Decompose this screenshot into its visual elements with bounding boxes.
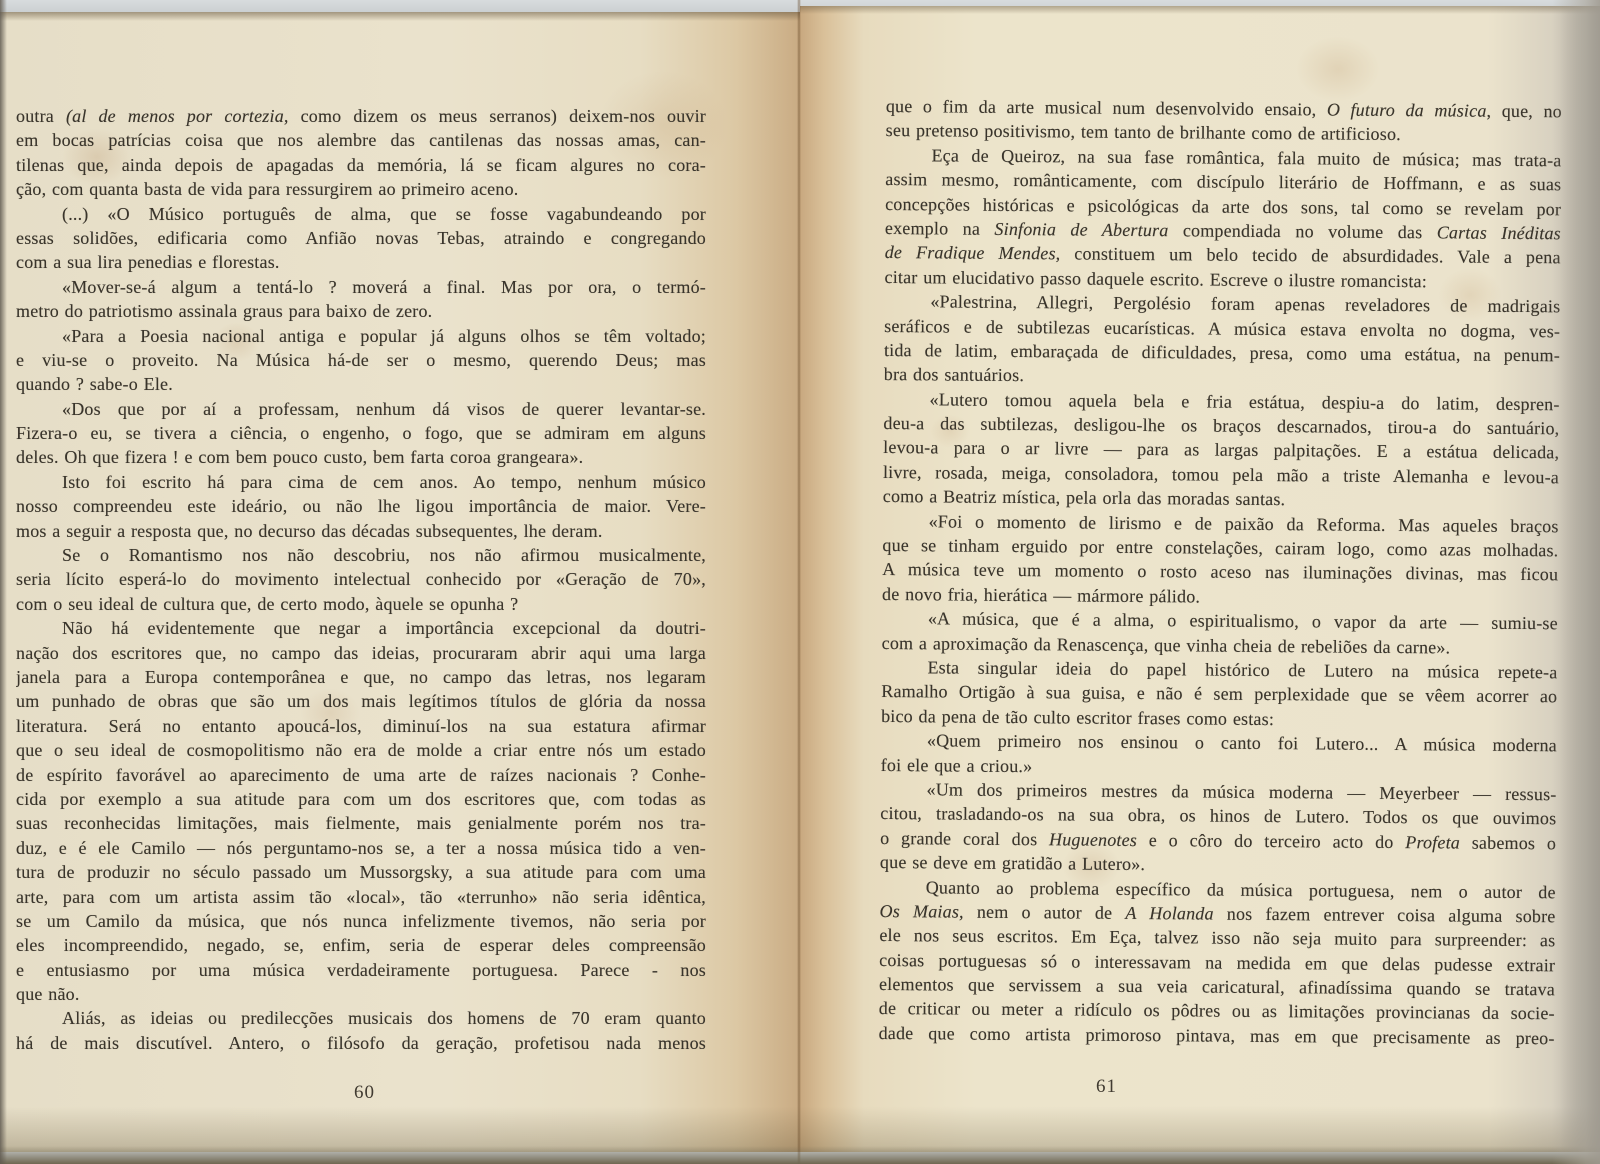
text-line: Não há evidentemente que negar a importâ… bbox=[16, 616, 706, 640]
text-line: deles. Oh que fizera ! e com bem pouco c… bbox=[16, 445, 706, 469]
text-run: que não. bbox=[16, 984, 80, 1004]
text-line: um punhado de obras que são um dos mais … bbox=[16, 689, 706, 713]
text-run: Esta singular ideia do papel histórico d… bbox=[927, 657, 1557, 682]
text-run: literatura. Será no entanto apoucá-los, … bbox=[16, 716, 706, 736]
text-line: Se o Romantismo nos não descobriu, nos n… bbox=[16, 543, 706, 567]
text-run: mos a seguir a resposta que, no decurso … bbox=[16, 521, 603, 541]
text-line: literatura. Será no entanto apoucá-los, … bbox=[16, 714, 706, 738]
text-line: suas reconhecidas limitações, mais fielm… bbox=[16, 811, 706, 835]
text-run: suas reconhecidas limitações, mais fielm… bbox=[16, 813, 706, 833]
text-line: com a sua lira penedias e florestas. bbox=[16, 250, 706, 274]
text-run: em bocas patrícias coisa que nos alembre… bbox=[16, 130, 706, 150]
right-page-number: 61 bbox=[1096, 1076, 1117, 1098]
text-run: que se tinham erguido por entre constela… bbox=[882, 535, 1558, 560]
text-line: duz, e é ele Camilo — nós perguntamo-nos… bbox=[16, 836, 706, 860]
text-run: elementos que servissem a sua veia caric… bbox=[879, 974, 1555, 999]
text-run: e entusiasmo por uma música verdadeirame… bbox=[16, 960, 706, 980]
text-run: deles. Oh que fizera ! e com bem pouco c… bbox=[16, 447, 583, 467]
italic-text-run: Huguenotes bbox=[1049, 829, 1137, 850]
text-run: sabemos o bbox=[1460, 832, 1556, 853]
text-run: «Lutero tomou aquela bela e fria estátua… bbox=[930, 389, 1560, 414]
text-run: Se o Romantismo nos não descobriu, nos n… bbox=[62, 545, 706, 565]
text-run: quando ? sabe-o Ele. bbox=[16, 374, 173, 394]
text-run: que o seu ideal de cosmopolitismo não er… bbox=[16, 740, 706, 760]
text-line: há de mais discutível. Antero, o filósof… bbox=[16, 1031, 706, 1055]
text-line: (...) «O Músico português de alma, que s… bbox=[16, 202, 706, 226]
text-line: se um Camilo da música, que nós nunca in… bbox=[16, 909, 706, 933]
text-run: e o côro do terceiro acto do bbox=[1137, 830, 1405, 852]
text-run: nos fazem entrever coisa alguma sobre bbox=[1214, 903, 1556, 926]
text-line: cida por exemplo a sua atitude para com … bbox=[16, 787, 706, 811]
text-run: «Palestrina, Allegri, Pergolésio foram a… bbox=[930, 291, 1560, 316]
text-run: livre, rosada, meiga, consoladora, tomou… bbox=[883, 462, 1559, 487]
text-run: e viu-se o proveito. Na Música há-de ser… bbox=[16, 350, 706, 370]
left-page-text: outra (al de menos por cortezia, como di… bbox=[16, 104, 706, 1055]
text-line: essas solidões, edificaria como Anfião n… bbox=[16, 226, 706, 250]
text-line: Isto foi escrito há para cima de cem ano… bbox=[16, 470, 706, 494]
text-line: Fizera-o eu, se tivera a ciência, o enge… bbox=[16, 421, 706, 445]
text-run: nosso compreendeu este ideário, ou não l… bbox=[16, 496, 706, 516]
text-run: essas solidões, edificaria como Anfião n… bbox=[16, 228, 706, 248]
text-run: nação dos escritores que, no campo das i… bbox=[16, 643, 706, 663]
text-run: bico da pena de tão culto escritor frase… bbox=[881, 706, 1274, 729]
text-run: ção, com quanta basta de vida para ressu… bbox=[16, 179, 518, 199]
text-run: compendiada no volume das bbox=[1168, 220, 1436, 242]
text-run: dade que como artista primoroso pintava,… bbox=[879, 1023, 1555, 1048]
text-run: duz, e é ele Camilo — nós perguntamo-nos… bbox=[16, 838, 706, 858]
text-line: de espírito favorável ao aparecimento de… bbox=[16, 763, 706, 787]
book-gutter-crease bbox=[797, 0, 801, 1164]
text-run: Fizera-o eu, se tivera a ciência, o enge… bbox=[16, 423, 706, 443]
text-line: «Dos que por aí a professam, nenhum dá v… bbox=[16, 397, 706, 421]
text-run: se um Camilo da música, que nós nunca in… bbox=[16, 911, 706, 931]
italic-text-run: Os Maias, bbox=[880, 901, 964, 922]
italic-text-run: Profeta bbox=[1405, 832, 1460, 852]
italic-text-run: O futuro da música bbox=[1327, 99, 1487, 120]
text-run: Eça de Queiroz, na sua fase romântica, f… bbox=[931, 145, 1561, 170]
text-line: Aliás, as ideias ou predilecções musicai… bbox=[16, 1006, 706, 1030]
text-run: coisas portuguesas só o interessavam na … bbox=[879, 950, 1555, 975]
text-line: que não. bbox=[16, 982, 706, 1006]
text-line: arte, para com um artista assim tão «loc… bbox=[16, 885, 706, 909]
text-run: metro do patriotismo assinala graus para… bbox=[16, 301, 432, 321]
text-run: «Para a Poesia nacional antiga e popular… bbox=[62, 326, 706, 346]
text-line: e viu-se o proveito. Na Música há-de ser… bbox=[16, 348, 706, 372]
italic-text-run: de Fradique Mendes, bbox=[885, 242, 1061, 263]
text-run: Ramalho Ortigão à sua guisa, e não é sem… bbox=[881, 681, 1557, 706]
text-run: «Dos que por aí a professam, nenhum dá v… bbox=[62, 399, 706, 419]
bottom-shadow bbox=[0, 1146, 1600, 1164]
text-run: tida de latim, embaraçada de dificuldade… bbox=[884, 340, 1560, 365]
text-line: em bocas patrícias coisa que nos alembre… bbox=[16, 128, 706, 152]
book-scan: outra (al de menos por cortezia, como di… bbox=[0, 0, 1600, 1164]
text-line: tura de produzir no século passado um Mu… bbox=[16, 860, 706, 884]
text-run: A música teve um momento o rosto aceso n… bbox=[882, 559, 1558, 584]
text-run: bra dos santuários. bbox=[884, 364, 1024, 385]
text-run: nem o autor de bbox=[964, 902, 1126, 923]
text-run: «Foi o momento de lirismo e de paixão da… bbox=[929, 511, 1559, 536]
left-edge-shadow bbox=[0, 0, 7, 1164]
text-line: quando ? sabe-o Ele. bbox=[16, 372, 706, 396]
text-run: , que, no bbox=[1486, 101, 1561, 122]
text-run: com a aproximação da Renascença, que vin… bbox=[882, 633, 1451, 657]
text-run: foi ele que a criou.» bbox=[881, 755, 1033, 776]
text-line: janela para a Europa contemporânea e que… bbox=[16, 665, 706, 689]
text-line: nação dos escritores que, no campo das i… bbox=[16, 641, 706, 665]
text-run: exemplo na bbox=[885, 218, 995, 239]
text-run: um punhado de obras que são um dos mais … bbox=[16, 691, 706, 711]
text-run: seráficos e de subtilezas eucarísticas. … bbox=[884, 316, 1560, 341]
text-run: citou, trasladando-os na sua obra, os hi… bbox=[880, 803, 1556, 828]
text-run: que o fim da arte musical num desenvolvi… bbox=[886, 96, 1327, 119]
text-run: o grande coral dos bbox=[880, 828, 1049, 849]
text-run: janela para a Europa contemporânea e que… bbox=[16, 667, 706, 687]
text-run: cida por exemplo a sua atitude para com … bbox=[16, 789, 706, 809]
right-page-edge-shadow bbox=[1552, 0, 1600, 1164]
text-run: «Mover-se-á algum a tentá-lo ? moverá a … bbox=[62, 277, 706, 297]
text-run: citar um elucidativo passo daquele escri… bbox=[884, 267, 1427, 291]
text-run: como a Beatriz mística, pela orla das mo… bbox=[883, 486, 1286, 509]
text-line: seria lícito esperá-lo do movimento inte… bbox=[16, 567, 706, 591]
left-page-number: 60 bbox=[354, 1082, 375, 1104]
text-run: Isto foi escrito há para cima de cem ano… bbox=[62, 472, 706, 492]
text-run: levou-a para o ar livre — para as largas… bbox=[883, 437, 1559, 462]
text-line: mos a seguir a resposta que, no decurso … bbox=[16, 519, 706, 543]
text-line: metro do patriotismo assinala graus para… bbox=[16, 299, 706, 323]
text-run: tilenas que, ainda depois de apagadas da… bbox=[16, 155, 706, 175]
text-run: seu pretenso positivismo, tem tanto de b… bbox=[886, 120, 1401, 144]
text-line: outra (al de menos por cortezia, como di… bbox=[16, 104, 706, 128]
italic-text-run: Cartas Inéditas bbox=[1437, 222, 1561, 243]
text-run: concepções históricas e psicológicas da … bbox=[885, 194, 1561, 219]
text-run: «Um dos primeiros mestres da música mode… bbox=[926, 779, 1556, 804]
text-line: com o seu ideal de cultura que, de certo… bbox=[16, 592, 706, 616]
text-line: tilenas que, ainda depois de apagadas da… bbox=[16, 153, 706, 177]
text-line: ção, com quanta basta de vida para ressu… bbox=[16, 177, 706, 201]
text-run: tura de produzir no século passado um Mu… bbox=[16, 862, 706, 882]
text-run: que se deve em gratidão a Lutero». bbox=[880, 852, 1145, 874]
text-run: como dizem os meus serranos) deixem-nos … bbox=[289, 106, 706, 126]
right-page-text: que o fim da arte musical num desenvolvi… bbox=[879, 94, 1562, 1051]
text-run: há de mais discutível. Antero, o filósof… bbox=[16, 1033, 706, 1053]
text-run: com a sua lira penedias e florestas. bbox=[16, 252, 280, 272]
text-run: de criticar ou meter a ridículo os pôdre… bbox=[879, 998, 1555, 1023]
text-run: arte, para com um artista assim tão «loc… bbox=[16, 887, 706, 907]
text-run: outra bbox=[16, 106, 66, 126]
text-run: «Quem primeiro nos ensinou o canto foi L… bbox=[927, 730, 1557, 755]
italic-text-run: Sinfonia de Abertura bbox=[994, 219, 1168, 240]
text-run: Aliás, as ideias ou predilecções musicai… bbox=[62, 1008, 706, 1028]
text-line: e entusiasmo por uma música verdadeirame… bbox=[16, 958, 706, 982]
paper-stain bbox=[1296, 36, 1380, 102]
text-run: assim mesmo, românticamente, com discípu… bbox=[885, 169, 1561, 194]
text-line: eles incompreendido, negado, se, enfim, … bbox=[16, 933, 706, 957]
text-run: deu-a das subtilezas, desligou-lhe os br… bbox=[883, 413, 1559, 438]
text-line: que o seu ideal de cosmopolitismo não er… bbox=[16, 738, 706, 762]
text-run: seria lícito esperá-lo do movimento inte… bbox=[16, 569, 706, 589]
text-line: «Mover-se-á algum a tentá-lo ? moverá a … bbox=[16, 275, 706, 299]
text-run: de novo fria, hierática — mármore pálido… bbox=[882, 584, 1200, 606]
text-run: com o seu ideal de cultura que, de certo… bbox=[16, 594, 518, 614]
text-run: ele nos seus escritos. Em Eça, talvez is… bbox=[879, 925, 1555, 950]
text-run: Não há evidentemente que negar a importâ… bbox=[62, 618, 706, 638]
italic-text-run: (al de menos por cortezia, bbox=[66, 106, 289, 126]
text-run: constituem um belo tecido de absurdidade… bbox=[1060, 244, 1560, 268]
text-run: Quanto ao problema específico da música … bbox=[926, 877, 1556, 902]
text-line: nosso compreendeu este ideário, ou não l… bbox=[16, 494, 706, 518]
text-run: eles incompreendido, negado, se, enfim, … bbox=[16, 935, 706, 955]
text-run: (...) «O Músico português de alma, que s… bbox=[62, 204, 706, 224]
text-line: «Para a Poesia nacional antiga e popular… bbox=[16, 324, 706, 348]
text-run: «A música, que é a alma, o espiritualism… bbox=[928, 609, 1558, 634]
text-run: de espírito favorável ao aparecimento de… bbox=[16, 765, 706, 785]
italic-text-run: A Holanda bbox=[1125, 903, 1214, 924]
